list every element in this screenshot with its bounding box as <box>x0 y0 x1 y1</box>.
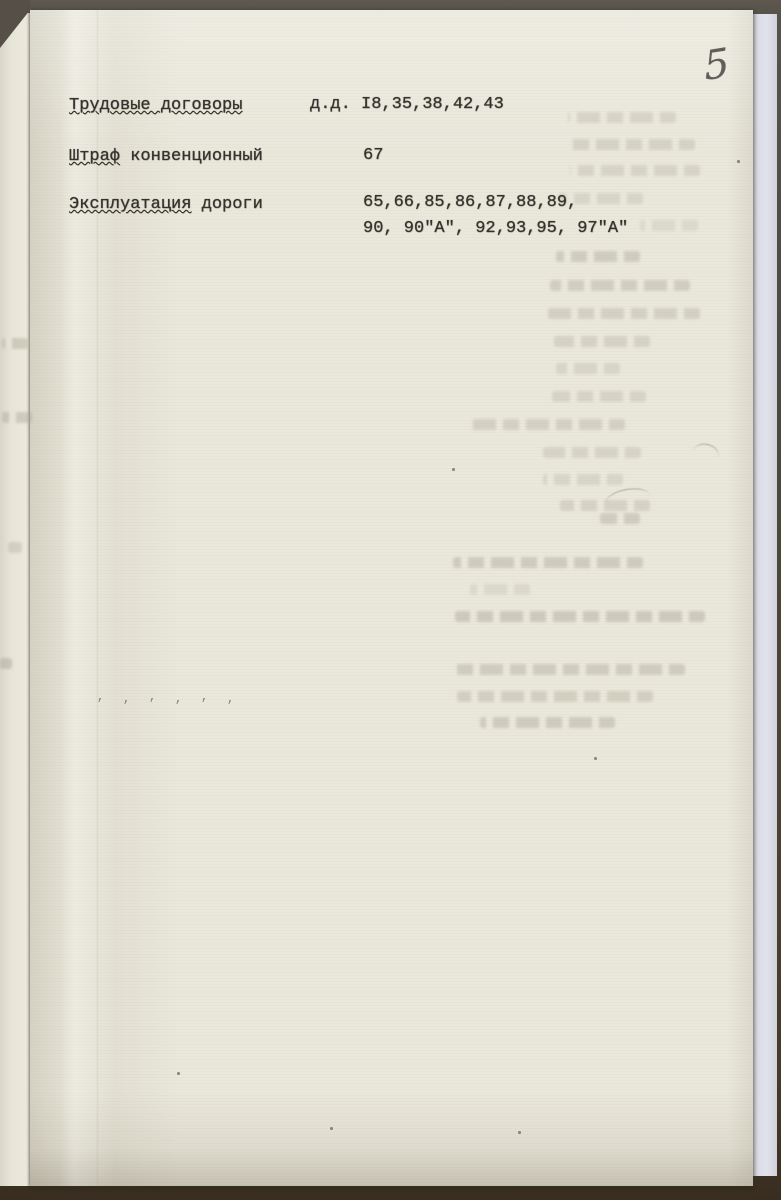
entry-files: д.д. I8,35,38,42,43 <box>310 94 504 115</box>
entry-term-rest: дороги <box>191 195 262 214</box>
entry-term: Эксплуатация дороги <box>69 194 263 215</box>
entry-term-underlined: Трудовые договоры <box>69 96 242 115</box>
scanned-document-scene: 5 Трудовые договоры д.д. I8,35,38,42,43 … <box>0 0 781 1200</box>
entry-term: Штраф конвенционный <box>69 146 263 167</box>
entry-files: 65,66,85,86,87,88,89, <box>363 192 577 213</box>
typed-dot-mark: , <box>175 692 182 706</box>
typed-dot-mark: , <box>227 692 234 706</box>
page-content: 5 Трудовые договоры д.д. I8,35,38,42,43 … <box>0 0 781 1200</box>
entry-files: 90, 90"А", 92,93,95, 97"А" <box>363 218 628 239</box>
entry-files: 67 <box>363 145 383 166</box>
entry-term-underlined: Штраф <box>69 147 120 166</box>
typed-dot-mark: , <box>149 690 156 704</box>
typed-dot-mark: , <box>97 690 104 704</box>
typed-dot-mark: , <box>123 692 130 706</box>
handwritten-page-number: 5 <box>702 40 731 90</box>
entry-term-rest: конвенционный <box>120 147 263 166</box>
entry-term-underlined: Эксплуатация <box>69 195 191 214</box>
typed-dot-mark: , <box>201 690 208 704</box>
entry-term: Трудовые договоры <box>69 95 242 116</box>
